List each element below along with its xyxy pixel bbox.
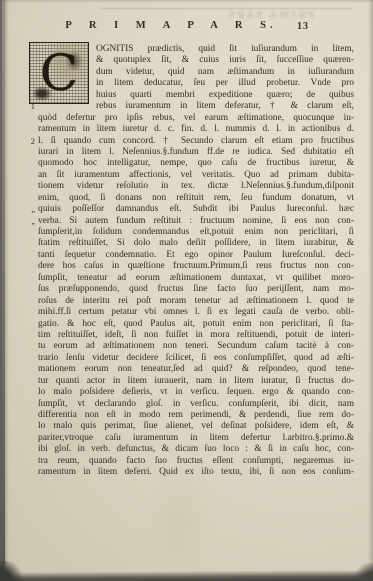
page-edge-left bbox=[0, 0, 9, 581]
text-line: & quotuplex ſit, & cuius iuris ſit, ſucc… bbox=[96, 55, 354, 66]
text-line: quòd defertur pro ipſis rebus, vel earum… bbox=[38, 113, 354, 124]
page-number: 13 bbox=[297, 21, 309, 32]
text-line: tur quanti actor in litem iurauerit, nam… bbox=[38, 376, 354, 387]
drop-cap-woodcut: C bbox=[29, 42, 89, 104]
page-edge-right bbox=[368, 0, 373, 581]
margin-mark: „ bbox=[17, 216, 35, 227]
text-line: quomodo hoc intelligatur, nempe, quo caſ… bbox=[38, 158, 354, 169]
margin-mark: 1 bbox=[17, 101, 35, 112]
indented-lines: OGNITIS prædictis, quid ſit iuſiurandum … bbox=[96, 44, 354, 113]
text-line: gatio. & hoc eſt, quod Paulus ait, potui… bbox=[38, 319, 354, 330]
full-width-lines: quòd defertur pro ipſis rebus, vel earum… bbox=[38, 113, 354, 479]
text-line: huius quarti membri expeditione quæro; d… bbox=[96, 90, 354, 101]
page-title: P R I M A P A R S. bbox=[58, 20, 284, 31]
margin-mark: „ bbox=[17, 204, 35, 215]
text-line: ramentum in litem iuretur d. c. fin. d. … bbox=[38, 124, 354, 135]
drop-cap-row: C OGNITIS prædictis, quid ſit iuſiurandu… bbox=[38, 44, 354, 113]
page-edge-bottom bbox=[0, 570, 373, 581]
text-line: roſus de interitu rei poſt moram tenetur… bbox=[38, 296, 354, 307]
page-corner-bottom-right bbox=[351, 563, 373, 581]
book-page-scan: PRIMA PARS P R I M A P A R S. 13 C OGNIT… bbox=[0, 0, 373, 581]
text-line: tu eorum ad æſtimationem non teneri. Sec… bbox=[38, 341, 354, 352]
text-line: ſtatim reſtituiſſet, Si dolo malo deſiit… bbox=[38, 238, 354, 249]
text-line: ramentum in litem deferri. Quid ex iſto … bbox=[38, 467, 354, 478]
text-line: mationem eorum non teneatur,ſed ad quid?… bbox=[38, 364, 354, 375]
text-line: trario ſenſu videtur decidere ſcilicet, … bbox=[38, 353, 354, 364]
text-line: an ſit iuramentum affectionis, vel verit… bbox=[38, 170, 354, 181]
text-line: differentia non eſt in modo rem perimend… bbox=[38, 410, 354, 421]
text-line: ſumpſit, vt declarando gloſ. in verſicu.… bbox=[38, 399, 354, 410]
text-line: ibi gloſ. in verb. defunctus, & dicam ſu… bbox=[38, 444, 354, 455]
text-line: ſus præſupponendo, quod fructus ſine fac… bbox=[38, 284, 354, 295]
text-line: enim, quod, ſi donans non reſtituit rem,… bbox=[38, 193, 354, 204]
text-line: tim reſtituiſſet, ideſt, ſi non fuiſſet … bbox=[38, 330, 354, 341]
page-corner-bottom-left bbox=[0, 561, 26, 581]
body-text: C OGNITIS prædictis, quid ſit iuſiurandu… bbox=[38, 44, 354, 479]
text-line: rebus iuramentum in litem deferatur, † &… bbox=[96, 101, 354, 112]
text-line: lo malo quis perimat, ſiue alienet, vel … bbox=[38, 421, 354, 432]
text-line: verba. Si autem fundum reſtituit : fruct… bbox=[38, 216, 354, 227]
text-line: tanti ſequetur condemnatio. Et ego opino… bbox=[38, 250, 354, 261]
drop-cap-letter: C bbox=[40, 48, 78, 98]
margin-mark: 2 bbox=[17, 136, 35, 147]
text-line: dum videtur, quid nam æſtimandum in iuſi… bbox=[96, 67, 354, 78]
text-line: dere hos caſus in quæſtione fructuum.Pri… bbox=[38, 261, 354, 272]
text-line: lo malo poſsidere deſieris, vt in verſic… bbox=[38, 387, 354, 398]
text-line: tra reum, quando facto ſuo fructus eſſen… bbox=[38, 456, 354, 467]
text-line: mihi.ff.ſi certum petatur vbi omnes l. ſ… bbox=[38, 307, 354, 318]
text-line: iurari in litem l. Neſennius.§.fundum ff… bbox=[38, 147, 354, 158]
text-line: l. ſi quando cum concord. † Secundo clar… bbox=[38, 136, 354, 147]
text-line: pariter,vtroque caſu iuramentum in litem… bbox=[38, 433, 354, 444]
text-line: ſumpſit, teneatur ad eorum æſtimationem … bbox=[38, 273, 354, 284]
text-line: OGNITIS prædictis, quid ſit iuſiurandum … bbox=[96, 44, 354, 55]
text-line: ſumpſerit,in ſolidum condemnandus eſt,po… bbox=[38, 227, 354, 238]
text-line: in litem deducatur, ſeu per illud probet… bbox=[96, 78, 354, 89]
show-through-rule bbox=[100, 8, 352, 9]
text-line: quiuis poſſeſſor damnandus eſt. Subdit i… bbox=[38, 204, 354, 215]
page-edge-top bbox=[0, 0, 373, 3]
text-line: tionem videtur reſolutio in tex. dictæ l… bbox=[38, 181, 354, 192]
